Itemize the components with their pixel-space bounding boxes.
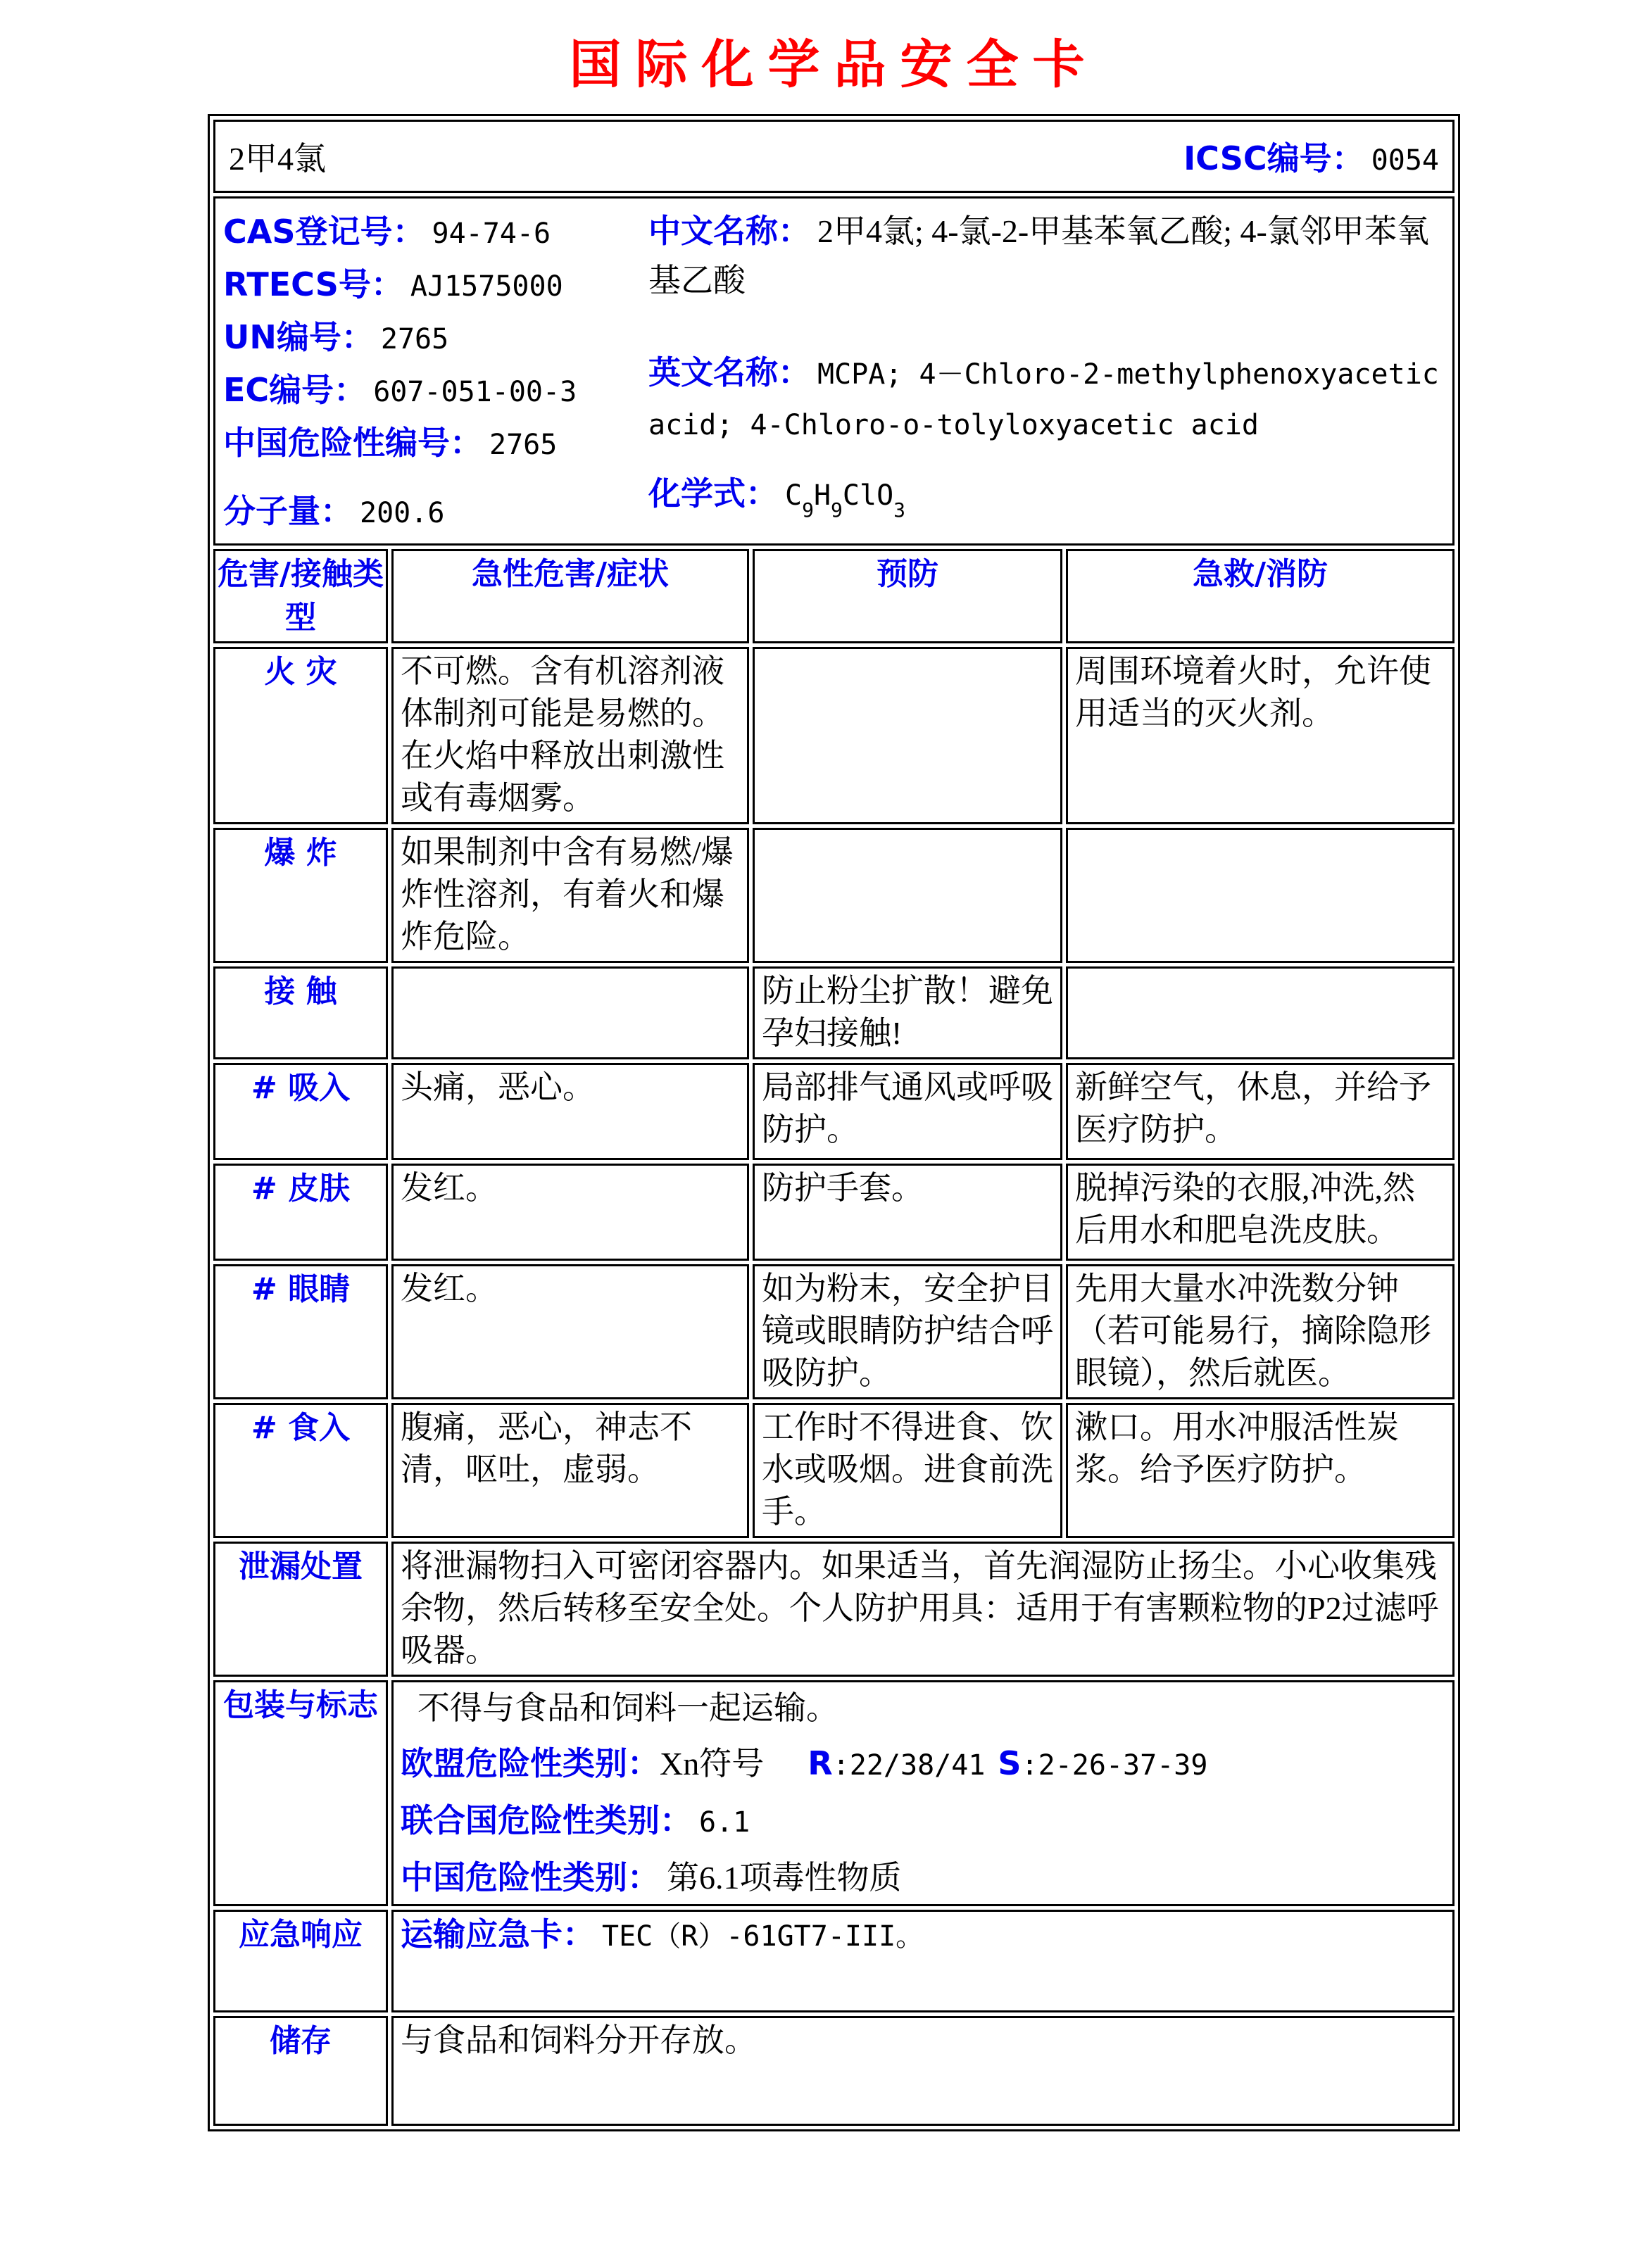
hazard-row-inhalation: # 吸入 头痛，恶心。 局部排气通风或呼吸防护。 新鲜空气，休息，并给予医疗防护… bbox=[213, 1063, 1455, 1160]
packaging-row: 包装与标志 不得与食品和饲料一起运输。 欧盟危险性类别：Xn符号R:22/38/… bbox=[213, 1680, 1455, 1906]
emergency-response-row: 应急响应 运输应急卡：TEC（R）-61GT7-III。 bbox=[213, 1910, 1455, 2012]
r-phrase-label: R bbox=[808, 1744, 832, 1782]
row-label-inhalation: # 吸入 bbox=[213, 1063, 388, 1160]
storage-text: 与食品和饲料分开存放。 bbox=[391, 2016, 1455, 2126]
english-name-label: 英文名称： bbox=[648, 353, 810, 391]
hazard-row-explosion: 爆 炸 如果制剂中含有易燃/爆炸性溶剂，有着火和爆炸危险。 bbox=[213, 828, 1455, 963]
row-label-packaging: 包装与标志 bbox=[213, 1680, 388, 1906]
safety-card-page: 国际化学品安全卡 2甲4氯 ICSC编号：0054 bbox=[0, 0, 1646, 2268]
skin-symptoms: 发红。 bbox=[391, 1164, 749, 1261]
safety-card-table: 2甲4氯 ICSC编号：0054 CAS登记号：94-74-6 RTECS号：A bbox=[208, 114, 1460, 2131]
rtecs-number-line: RTECS号：AJ1575000 bbox=[223, 259, 648, 312]
hazard-row-ingestion: # 食入 腹痛，恶心，神志不清，呕吐，虚弱。 工作时不得进食、饮水或吸烟。进食前… bbox=[213, 1403, 1455, 1538]
icsc-label: ICSC编号： bbox=[1183, 139, 1364, 177]
eyes-firefighting: 先用大量水冲洗数分钟（若可能易行，摘除隐形眼镜），然后就医。 bbox=[1066, 1264, 1455, 1399]
explosion-prevention bbox=[753, 828, 1062, 963]
ingestion-prevention: 工作时不得进食、饮水或吸烟。进食前洗手。 bbox=[753, 1403, 1062, 1538]
molecular-weight-line: 分子量：200.6 bbox=[223, 486, 648, 538]
hazard-row-exposure: 接 触 防止粉尘扩散！避免孕妇接触! bbox=[213, 966, 1455, 1059]
chinese-name-line: 中文名称：2甲4氯; 4-氯-2-甲基苯氧乙酸; 4-氯邻甲苯氧基乙酸 bbox=[648, 206, 1447, 305]
skin-prevention: 防护手套。 bbox=[753, 1164, 1062, 1261]
row-label-storage: 储存 bbox=[213, 2016, 388, 2126]
rtecs-value: AJ1575000 bbox=[410, 270, 563, 303]
cn-hazard-label: 中国危险性类别： bbox=[401, 1858, 660, 1896]
row-label-explosion: 爆 炸 bbox=[213, 828, 388, 963]
rtecs-label: RTECS号： bbox=[223, 265, 403, 303]
inhalation-prevention: 局部排气通风或呼吸防护。 bbox=[753, 1063, 1062, 1160]
formula-line: 化学式：C9H9ClO3 bbox=[648, 468, 1447, 521]
un-label: UN编号： bbox=[223, 318, 374, 356]
storage-row: 储存 与食品和饲料分开存放。 bbox=[213, 2016, 1455, 2126]
skin-firefighting: 脱掉污染的衣服,冲洗,然后用水和肥皂洗皮肤。 bbox=[1066, 1164, 1455, 1261]
s-phrase-value: :2-26-37-39 bbox=[1022, 1749, 1208, 1782]
fire-symptoms: 不可燃。含有机溶剂液体制剂可能是易燃的。在火焰中释放出刺激性或有毒烟雾。 bbox=[391, 647, 749, 824]
un-hazard-line: 联合国危险性类别：6.1 bbox=[401, 1797, 1447, 1846]
hazard-row-eyes: # 眼睛 发红。 如为粉末，安全护目镜或眼睛防护结合呼吸防护。 先用大量水冲洗数… bbox=[213, 1264, 1455, 1399]
molecular-weight-value: 200.6 bbox=[360, 497, 444, 529]
english-name-line: 英文名称：MCPA; 4－Chloro-2-methylphenoxyaceti… bbox=[648, 348, 1447, 450]
s-phrase-label: S bbox=[998, 1744, 1021, 1782]
row-label-ingestion: # 食入 bbox=[213, 1403, 388, 1538]
chinese-name-label: 中文名称： bbox=[648, 212, 810, 250]
exposure-prevention: 防止粉尘扩散！避免孕妇接触! bbox=[753, 966, 1062, 1059]
id-numbers-column: CAS登记号：94-74-6 RTECS号：AJ1575000 UN编号：276… bbox=[223, 206, 648, 538]
cn-hazard-line: 中国危险性类别：第6.1项毒性物质 bbox=[401, 1854, 1447, 1901]
header-hazard-type: 危害/接触类型 bbox=[213, 549, 388, 643]
eu-hazard-value: Xn符号 bbox=[660, 1746, 764, 1782]
eyes-prevention: 如为粉末，安全护目镜或眼睛防护结合呼吸防护。 bbox=[753, 1264, 1062, 1399]
row-label-skin: # 皮肤 bbox=[213, 1164, 388, 1261]
header-prevention: 预防 bbox=[753, 549, 1062, 643]
fire-firefighting: 周围环境着火时，允许使用适当的灭火剂。 bbox=[1066, 647, 1455, 824]
un-number-line: UN编号：2765 bbox=[223, 312, 648, 365]
row-label-emergency: 应急响应 bbox=[213, 1910, 388, 2012]
inhalation-firefighting: 新鲜空气，休息，并给予医疗防护。 bbox=[1066, 1063, 1455, 1160]
ingestion-symptoms: 腹痛，恶心，神志不清，呕吐，虚弱。 bbox=[391, 1403, 749, 1538]
ec-value: 607-051-00-3 bbox=[373, 376, 577, 408]
row-label-fire: 火 灾 bbox=[213, 647, 388, 824]
china-hazard-value: 2765 bbox=[489, 429, 557, 461]
header-firefighting: 急救/消防 bbox=[1066, 549, 1455, 643]
exposure-firefighting bbox=[1066, 966, 1455, 1059]
substance-name: 2甲4氯 bbox=[229, 133, 326, 179]
row-label-eyes: # 眼睛 bbox=[213, 1264, 388, 1399]
un-value: 2765 bbox=[381, 323, 448, 355]
un-hazard-label: 联合国危险性类别： bbox=[401, 1801, 692, 1839]
transport-note: 不得与食品和饲料一起运输。 bbox=[401, 1685, 1447, 1732]
explosion-firefighting bbox=[1066, 828, 1455, 963]
row-label-exposure: 接 触 bbox=[213, 966, 388, 1059]
formula-label: 化学式： bbox=[648, 474, 778, 512]
transport-card-value: TEC（R）-61GT7-III。 bbox=[602, 1920, 924, 1953]
hazard-row-skin: # 皮肤 发红。 防护手套。 脱掉污染的衣服,冲洗,然后用水和肥皂洗皮肤。 bbox=[213, 1164, 1455, 1261]
page-title: 国际化学品安全卡 bbox=[208, 0, 1460, 93]
cas-value: 94-74-6 bbox=[432, 218, 551, 250]
identification-row: CAS登记号：94-74-6 RTECS号：AJ1575000 UN编号：276… bbox=[213, 196, 1455, 546]
icsc-number: 0054 bbox=[1371, 144, 1439, 177]
card-header-row: 2甲4氯 ICSC编号：0054 bbox=[213, 120, 1455, 193]
inhalation-symptoms: 头痛，恶心。 bbox=[391, 1063, 749, 1160]
explosion-symptoms: 如果制剂中含有易燃/爆炸性溶剂，有着火和爆炸危险。 bbox=[391, 828, 749, 963]
cn-hazard-value: 第6.1项毒性物质 bbox=[667, 1860, 902, 1896]
hazard-header-row: 危害/接触类型 急性危害/症状 预防 急救/消防 bbox=[213, 549, 1455, 643]
ingestion-firefighting: 漱口。用水冲服活性炭浆。给予医疗防护。 bbox=[1066, 1403, 1455, 1538]
packaging-content: 不得与食品和饲料一起运输。 欧盟危险性类别：Xn符号R:22/38/41S:2-… bbox=[391, 1680, 1455, 1906]
exposure-symptoms bbox=[391, 966, 749, 1059]
spill-disposal-row: 泄漏处置 将泄漏物扫入可密闭容器内。如果适当，首先润湿防止扬尘。小心收集残余物，… bbox=[213, 1542, 1455, 1677]
eu-hazard-label: 欧盟危险性类别： bbox=[401, 1744, 660, 1782]
ec-number-line: EC编号：607-051-00-3 bbox=[223, 365, 648, 417]
fire-prevention bbox=[753, 647, 1062, 824]
cas-number-line: CAS登记号：94-74-6 bbox=[223, 206, 648, 259]
molecular-weight-label: 分子量： bbox=[223, 492, 353, 530]
icsc-number-group: ICSC编号：0054 bbox=[1183, 133, 1439, 179]
eu-hazard-line: 欧盟危险性类别：Xn符号R:22/38/41S:2-26-37-39 bbox=[401, 1740, 1447, 1789]
china-hazard-number-line: 中国危险性编号：2765 bbox=[223, 417, 648, 470]
china-hazard-label: 中国危险性编号： bbox=[223, 424, 482, 462]
emergency-content: 运输应急卡：TEC（R）-61GT7-III。 bbox=[391, 1910, 1455, 2012]
cas-label: CAS登记号： bbox=[223, 213, 425, 251]
eyes-symptoms: 发红。 bbox=[391, 1264, 749, 1399]
formula-value: C9H9ClO3 bbox=[785, 479, 905, 512]
names-column: 中文名称：2甲4氯; 4-氯-2-甲基苯氧乙酸; 4-氯邻甲苯氧基乙酸 英文名称… bbox=[648, 206, 1447, 538]
header-symptoms: 急性危害/症状 bbox=[391, 549, 749, 643]
row-label-spill: 泄漏处置 bbox=[213, 1542, 388, 1677]
un-hazard-value: 6.1 bbox=[699, 1806, 750, 1839]
transport-card-label: 运输应急卡： bbox=[401, 1915, 595, 1953]
ec-label: EC编号： bbox=[223, 371, 366, 409]
spill-disposal-text: 将泄漏物扫入可密闭容器内。如果适当，首先润湿防止扬尘。小心收集残余物，然后转移至… bbox=[391, 1542, 1455, 1677]
r-phrase-value: :22/38/41 bbox=[833, 1749, 986, 1782]
hazard-row-fire: 火 灾 不可燃。含有机溶剂液体制剂可能是易燃的。在火焰中释放出刺激性或有毒烟雾。… bbox=[213, 647, 1455, 824]
